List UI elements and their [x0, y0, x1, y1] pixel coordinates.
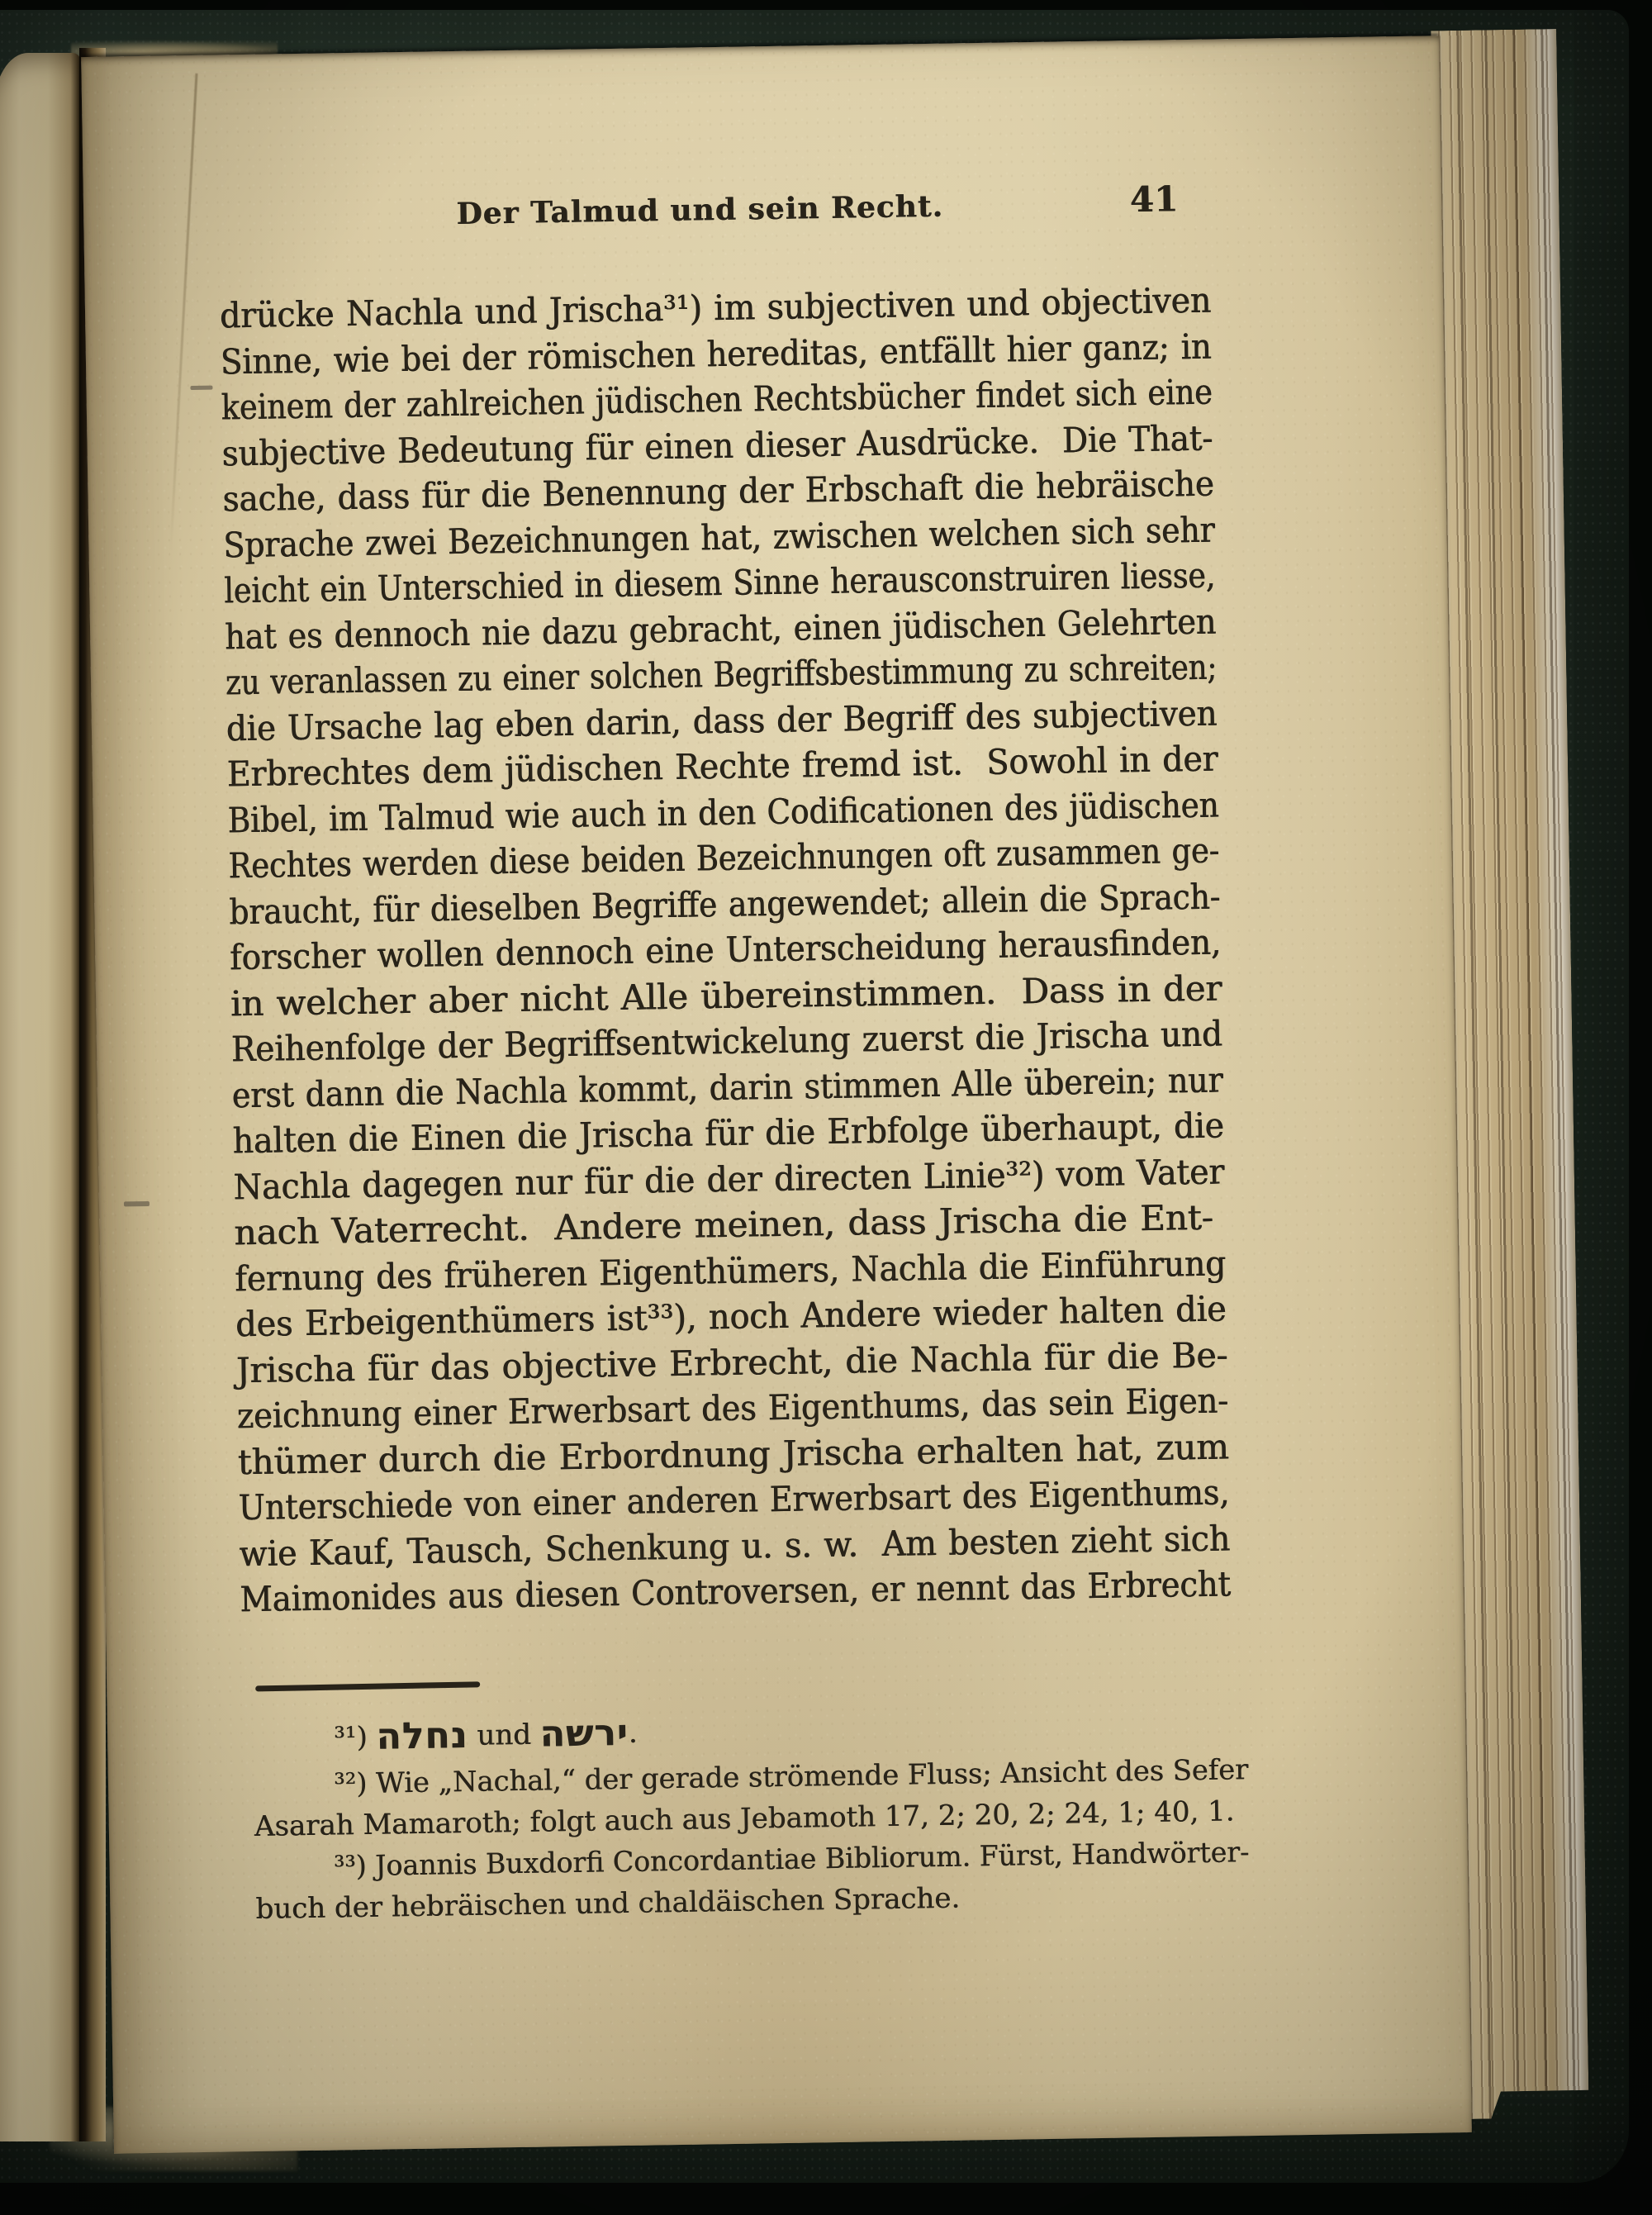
footnote-31-marker: ³¹)	[334, 1721, 368, 1755]
footnote-31-period: .	[628, 1717, 637, 1750]
footnote-33: ³³) Joannis Buxdorfi Concordantiae Bibli…	[254, 1832, 1250, 1930]
left-page-edge	[0, 53, 81, 2141]
footnotes: ³¹) נחלה und ירשה. ³²) Wie „Nachal,“ der…	[253, 1698, 1251, 1930]
book-page: Der Talmud und sein Recht. 41 drücke Nac…	[81, 36, 1472, 2154]
margin-pencil-mark	[124, 1201, 150, 1206]
hebrew-word-jrischa: ירשה	[539, 1712, 629, 1756]
footnote-rule	[255, 1681, 480, 1691]
margin-pencil-mark	[190, 386, 212, 390]
body-text: drücke Nachla und Jrischa³¹) im subjecti…	[220, 278, 1232, 1623]
running-title: Der Talmud und sein Recht.	[386, 188, 1014, 232]
footnote-31-connector: und	[477, 1718, 531, 1752]
footnote-32: ³²) Wie „Nachal,“ der gerade strömende F…	[254, 1749, 1249, 1847]
hebrew-word-nachla: נחלה	[376, 1714, 468, 1758]
page-header: Der Talmud und sein Recht. 41	[83, 181, 1442, 252]
page-number: 41	[1116, 178, 1193, 220]
paper-crack	[169, 74, 197, 552]
book-photo-scene: Der Talmud und sein Recht. 41 drücke Nac…	[0, 0, 1652, 2215]
